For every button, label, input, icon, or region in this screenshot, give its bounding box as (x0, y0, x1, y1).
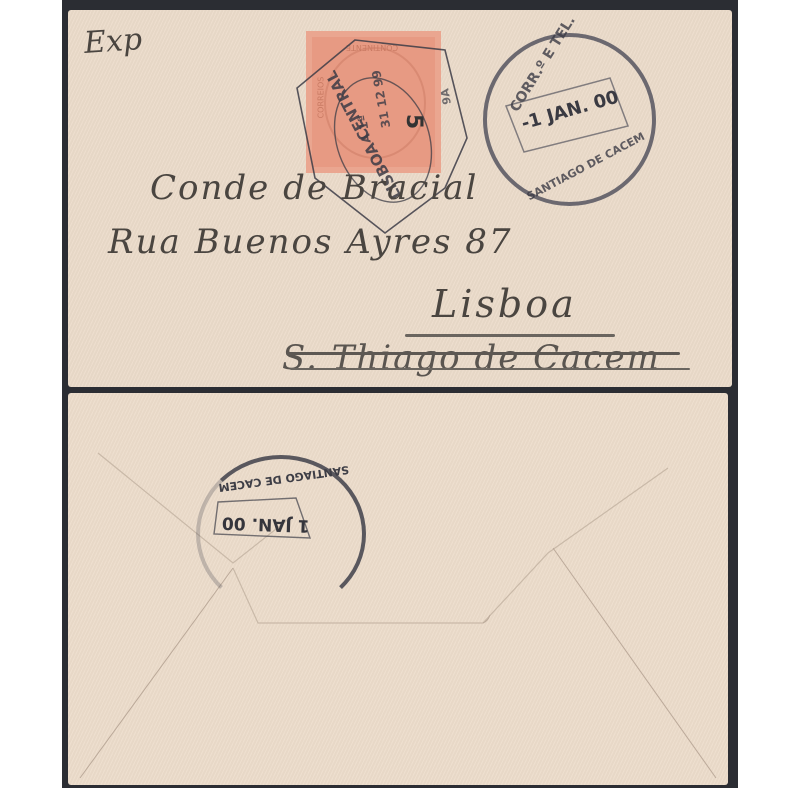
departure-top-text: 9A (438, 87, 454, 105)
address-line-3: Lisboa (432, 282, 577, 326)
envelope-flap-lines (68, 393, 728, 785)
strike-through-line-2 (290, 368, 690, 370)
strike-through-line-1 (286, 352, 680, 355)
address-line-4-struck: S. Thiago de Cacem (282, 338, 661, 378)
address-line-3-underline (405, 334, 615, 337)
address-line-1: Conde de Bracial (150, 168, 478, 208)
back-postmark-date: 1 JAN. 00 (222, 512, 310, 535)
corner-note: Exp (83, 22, 143, 61)
address-line-2: Rua Buenos Ayres 87 (108, 222, 512, 262)
